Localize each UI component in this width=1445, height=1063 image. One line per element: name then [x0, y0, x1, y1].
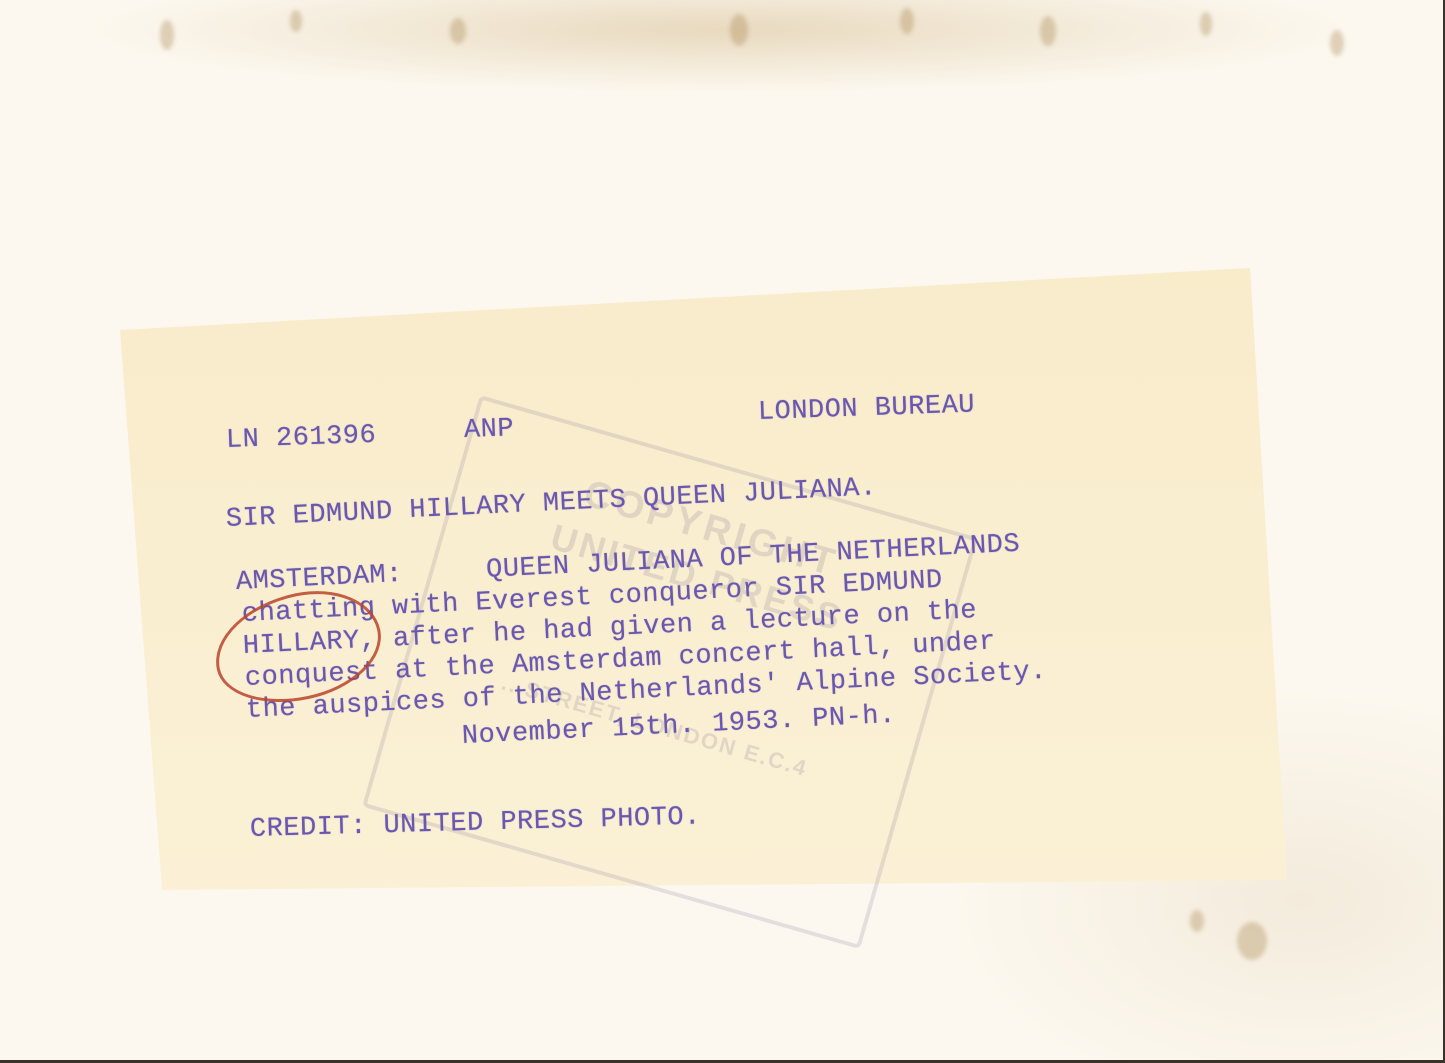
agency-code: ANP [463, 414, 514, 446]
foxing-stain [1200, 12, 1212, 36]
foxing-stain [290, 10, 302, 32]
foxing-stain [1330, 30, 1344, 56]
foxing-stain [900, 8, 914, 34]
water-stain [1190, 910, 1204, 932]
reference-number: LN 261396 [225, 421, 376, 456]
foxing-stain [730, 14, 748, 46]
foxing-stain [1040, 16, 1056, 46]
foxing-stain [160, 20, 174, 50]
water-stain [1237, 922, 1267, 960]
foxing-stain [450, 18, 466, 44]
